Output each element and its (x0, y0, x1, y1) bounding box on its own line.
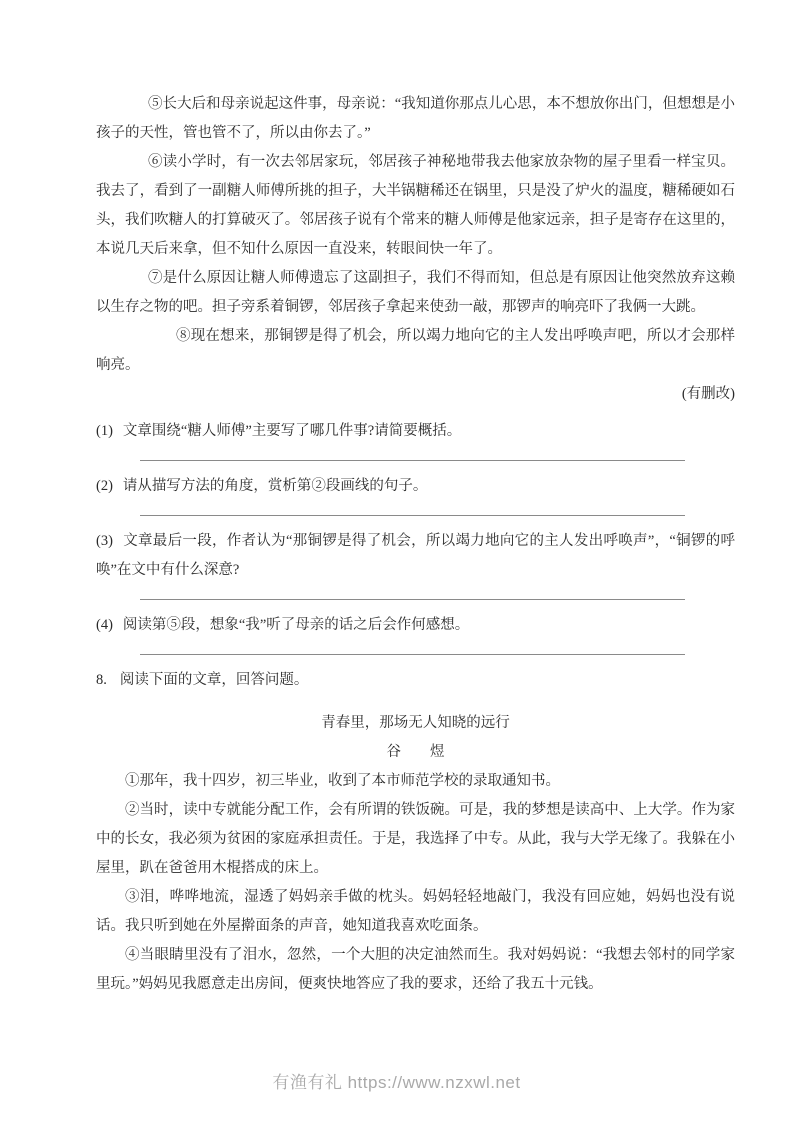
passage2-title: 青春里，那场无人知晓的远行 (96, 709, 735, 738)
question-4-number: (4) (96, 617, 113, 633)
question-1-block: (1)文章围绕“糖人师傅”主要写了哪几件事?请简要概括。 (96, 417, 735, 461)
passage1-paragraph-6: ⑥读小学时，有一次去邻居家玩，邻居孩子神秘地带我去他家放杂物的屋子里看一样宝贝。… (96, 148, 735, 264)
question-2-body: 请从描写方法的角度，赏析第②段画线的句子。 (123, 478, 428, 494)
section-8-heading: 8.阅读下面的文章，回答问题。 (96, 666, 735, 695)
question-2-text: (2)请从描写方法的角度，赏析第②段画线的句子。 (96, 472, 735, 501)
answer-line-1 (140, 460, 685, 461)
passage2-paragraph-1: ①那年，我十四岁，初三毕业，收到了本市师范学校的录取通知书。 (96, 767, 735, 796)
section-8-number: 8. (96, 672, 107, 688)
question-4-text: (4)阅读第⑤段，想象“我”听了母亲的话之后会作何感想。 (96, 611, 735, 640)
passage1-paragraph-8: ⑧现在想来，那铜锣是得了机会，所以竭力地向它的主人发出呼唤声吧，所以才会那样响亮… (96, 322, 735, 380)
passage1-attribution: (有删改) (96, 380, 735, 409)
passage2-author: 谷 煜 (96, 738, 735, 767)
passage2-paragraph-3: ③泪，哗哗地流，湿透了妈妈亲手做的枕头。妈妈轻轻地敲门，我没有回应她，妈妈也没有… (96, 883, 735, 941)
question-1-body: 文章围绕“糖人师傅”主要写了哪几件事?请简要概括。 (123, 423, 461, 439)
question-3-block: (3)文章最后一段，作者认为“那铜锣是得了机会，所以竭力地向它的主人发出呼唤声”… (96, 527, 735, 600)
answer-line-3 (140, 599, 685, 600)
question-2-block: (2)请从描写方法的角度，赏析第②段画线的句子。 (96, 472, 735, 516)
question-1-number: (1) (96, 423, 113, 439)
watermark-text: 有渔有礼 https://www.nzxwl.net (272, 1073, 520, 1092)
question-3-number: (3) (96, 533, 113, 549)
passage1-paragraph-7: ⑦是什么原因让糖人师傅遗忘了这副担子，我们不得而知，但总是有原因让他突然放弃这赖… (96, 264, 735, 322)
document-page: ⑤长大后和母亲说起这件事，母亲说：“我知道你那点儿心思，本不想放你出门，但想想是… (0, 0, 793, 1122)
question-3-body: 文章最后一段，作者认为“那铜锣是得了机会，所以竭力地向它的主人发出呼唤声”，“铜… (96, 533, 735, 578)
answer-line-4 (140, 654, 685, 655)
passage1-paragraph-5: ⑤长大后和母亲说起这件事，母亲说：“我知道你那点儿心思，本不想放你出门，但想想是… (96, 90, 735, 148)
document-content: ⑤长大后和母亲说起这件事，母亲说：“我知道你那点儿心思，本不想放你出门，但想想是… (0, 0, 793, 999)
question-3-text: (3)文章最后一段，作者认为“那铜锣是得了机会，所以竭力地向它的主人发出呼唤声”… (96, 527, 735, 585)
section-8-prompt: 阅读下面的文章，回答问题。 (120, 672, 309, 688)
question-4-block: (4)阅读第⑤段，想象“我”听了母亲的话之后会作何感想。 (96, 611, 735, 655)
question-1-text: (1)文章围绕“糖人师傅”主要写了哪几件事?请简要概括。 (96, 417, 735, 446)
watermark-footer: 有渔有礼 https://www.nzxwl.net (0, 1068, 793, 1093)
question-4-body: 阅读第⑤段，想象“我”听了母亲的话之后会作何感想。 (123, 617, 469, 633)
passage2-paragraph-4: ④当眼睛里没有了泪水，忽然，一个大胆的决定油然而生。我对妈妈说：“我想去邻村的同… (96, 941, 735, 999)
answer-line-2 (140, 515, 685, 516)
question-2-number: (2) (96, 478, 113, 494)
passage2-paragraph-2: ②当时，读中专就能分配工作，会有所谓的铁饭碗。可是，我的梦想是读高中、上大学。作… (96, 796, 735, 883)
